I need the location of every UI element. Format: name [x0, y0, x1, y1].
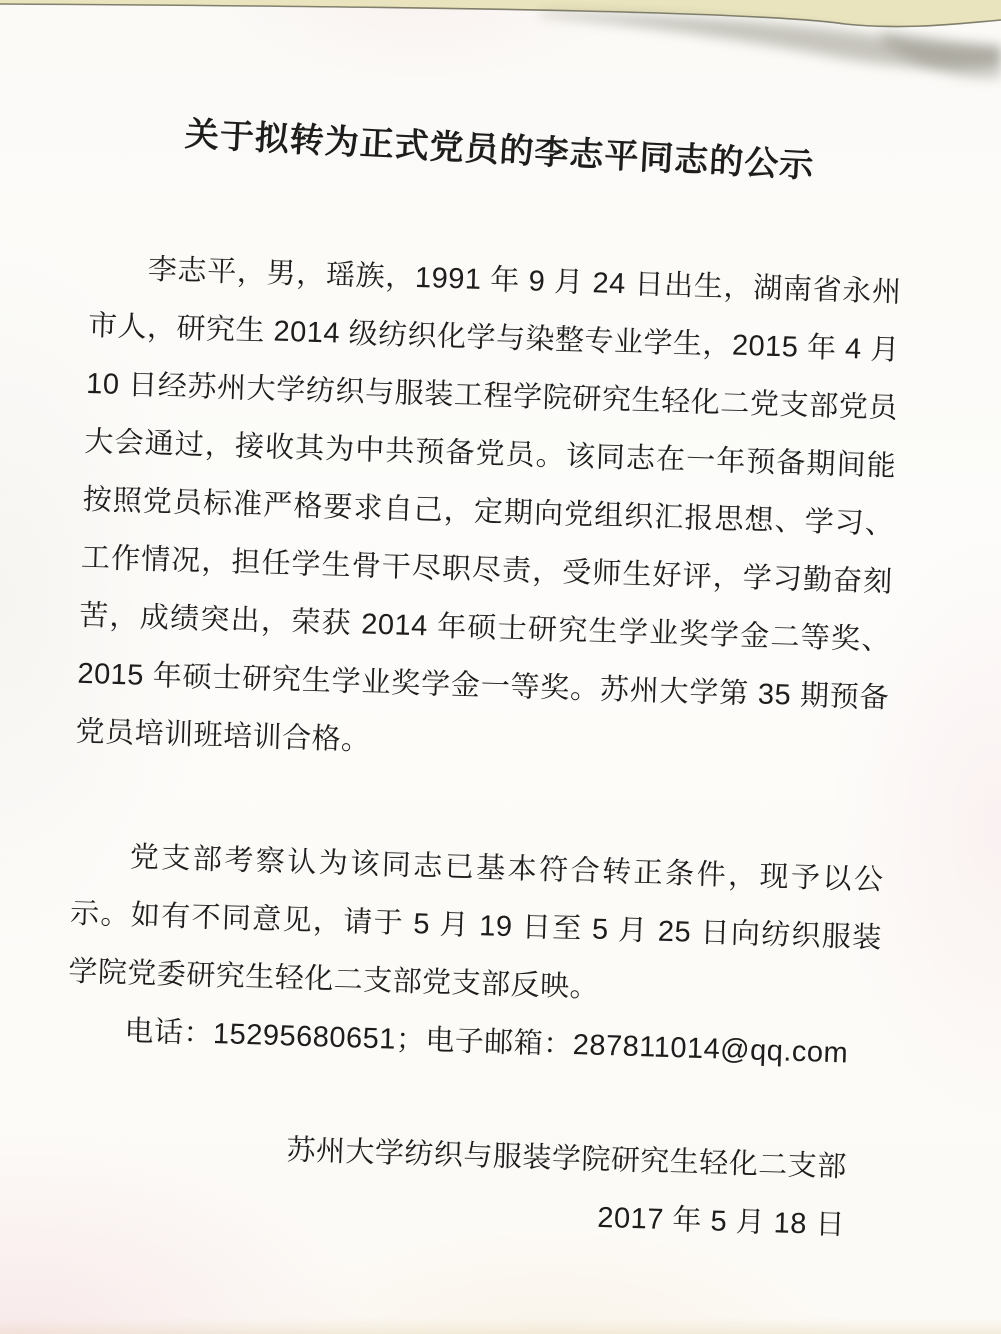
doc-body: 李志平，男，瑶族，1991 年 9 月 24 日出生，湖南省永州市人，研究生 2…	[67, 239, 902, 1025]
document-content: 关于拟转为正式党员的李志平同志的公示 李志平，男，瑶族，1991 年 9 月 2…	[60, 100, 906, 1255]
signature-block: 苏州大学纺织与服装学院研究生轻化二支部 2017 年 5 月 18 日	[60, 1115, 875, 1256]
photo-background: { "document": { "title": "关于拟转为正式党员的李志平同…	[0, 0, 1001, 1334]
underlying-paper-strip	[0, 0, 1001, 27]
body-paragraph-2: 党支部考察认为该同志已基本符合转正条件，现予以公示。如有不同意见，请于 5 月 …	[67, 827, 884, 1026]
body-paragraph-1: 李志平，男，瑶族，1991 年 9 月 24 日出生，湖南省永州市人，研究生 2…	[75, 239, 903, 786]
